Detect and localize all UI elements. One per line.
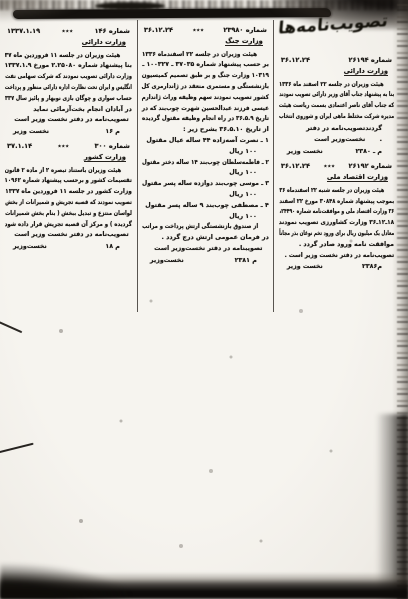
- signoff-row: م۲۳۸۶نخست وزیر: [279, 262, 394, 273]
- signoff-row: گردند .تصویب‌نامه در دفتر نخست‌وزیر است: [279, 124, 394, 146]
- text-line: وزارت دارائی تصویب نمودند که شرکت سهامی …: [32, 72, 132, 83]
- paragraph: هیئت وزیران در جلسه ۱۱ فروردین ماه ۳۷بنا…: [5, 51, 132, 116]
- pen-mark-upper: [0, 321, 22, 334]
- decree-header: شماره ۱۴۶٭٭٭۱۳۳۷.۱.۱۹: [7, 26, 130, 37]
- seal-number: م ـ ۲۳۸۰: [355, 147, 382, 158]
- note-line: تصویب‌نامه در دفتر نخست وزیر است .: [288, 251, 394, 262]
- decree-number: شماره ۲۶۱۹۴: [349, 55, 393, 66]
- amount-line: ۱۰۰ ریال: [142, 168, 269, 179]
- signoff-row: م ـ ۲۳۸۰نخست وزیر: [279, 147, 394, 158]
- stars-separator-icon: ٭٭٭: [58, 141, 69, 152]
- column-left: شماره ۱۴۶٭٭٭۱۳۳۷.۱.۱۹وزارت دارائیهیئت وز…: [5, 20, 132, 312]
- text-line: بازنشستگی و مستمری منعقد در ژاندارمری کل: [158, 82, 269, 93]
- ministry-label: وزارت جنگ: [225, 37, 263, 47]
- scan-noise-bottom-right: [376, 414, 408, 599]
- signoff-row: م ۱۸نخست‌وزیر: [5, 242, 132, 253]
- text-line: حساب سواری و چوگان بازی نوبهار و پائیز س…: [32, 94, 132, 105]
- seal-number: گردند .: [365, 124, 382, 146]
- column-middle: شماره ۲۳۹۸۰٭٭٭۳۶.۱۲.۲۴وزارت جنگهیئت وزیر…: [137, 20, 274, 312]
- column-right: شماره ۲۶۱۹۴۳۶.۱۲.۲۴وزارت دارائیهیئت وزیر…: [279, 20, 394, 312]
- text-line: ۱۰۳۱۹ وزارت جنگ و بر طبق تصمیم کمیسیون: [155, 71, 269, 82]
- text-line: از تاریخ ۳۶.۵.۱۰ بشرح زیر :: [142, 125, 269, 136]
- stars-separator-icon: ٭٭٭: [62, 26, 73, 37]
- scanned-gazette-page: تصویب‌نامه‌ها شماره ۲۶۱۹۴۳۶.۱۲.۲۴وزارت د…: [0, 0, 408, 599]
- scan-speckle-right-edge: [397, 0, 408, 599]
- text-line: موافقت نامه ورود صادر گردد .: [279, 240, 394, 251]
- pen-mark-lower: [0, 443, 34, 454]
- ministry-row: وزارت جنگ: [142, 36, 263, 48]
- signer-title: نخست‌وزیر: [150, 256, 184, 267]
- decree-header: شماره ۲۳۹۸۰٭٭٭۳۶.۱۲.۲۴: [144, 25, 267, 36]
- text-line: لواسان منتزع و تبدیل ببخش ( بنام بخش شمی…: [29, 209, 132, 220]
- scan-speckles: [0, 0, 2, 2]
- signer-title: نخست وزیر: [287, 147, 323, 158]
- signer-title: نخست وزیر: [13, 127, 49, 138]
- text-line: عیسی فرزند عبدالحسین شهرت چوب‌بند که در: [156, 104, 269, 115]
- scan-black-bar: [13, 8, 331, 19]
- paragraph: از صندوق بازنشستگی ارتش پرداخت و مراتبدر…: [142, 222, 269, 244]
- text-line: در آبادان انجام بخت‌آزمائی نماید: [5, 105, 132, 116]
- signer-title: نخست‌وزیر: [13, 242, 47, 253]
- decree-date: ۳۶.۱۲.۲۴: [281, 161, 310, 172]
- text-line: وزارت کشور در جلسه ۱۱ فروردین ماه ۱۳۳۷: [14, 187, 132, 198]
- seal-number: م ۲۳۸۱: [235, 256, 257, 267]
- text-line: انگلیس و ایران تحت نظارت اداره دارائی من…: [41, 83, 132, 94]
- note-line: تصویب‌نامه در دفتر نخست وزیر است: [5, 230, 132, 241]
- text-line: کشور تصویب نمودند سهم وظیفه وراث ژاندارم: [158, 93, 268, 104]
- signoff-row: م ۱۶نخست وزیر: [5, 127, 132, 138]
- note-line: تصویب‌نامه در دفتر نخست وزیر است: [5, 115, 132, 126]
- ministry-row: وزارت اقتصاد ملی: [279, 172, 388, 184]
- paragraph: هیئت وزیران در جلسه ۲۲ اسفندماه ۱۳۳۶بر ح…: [142, 50, 269, 136]
- text-line: تصویب نمودند که قصبه تجریش و شمیرانات از…: [32, 198, 132, 209]
- paragraph: هیئت وزیران باستناد تبصره ۲ از ماده ۲ قا…: [5, 166, 132, 231]
- decree-header: شماره ۳۰۰٭٭٭۳۷.۱.۱۴: [7, 141, 130, 152]
- decree-number: شماره ۳۰۰: [94, 141, 129, 152]
- list-line: ۲ ـ فاطمه‌سلطان چوب‌بند ۱۴ ساله دختر مقت…: [158, 158, 269, 169]
- text-line: هیئت وزیران در جلسه ۱۱ فروردین ماه ۳۷: [18, 51, 132, 62]
- note-line: تصویبنامه در دفتر نخست‌وزیر است: [142, 244, 269, 255]
- text-line: معادل یک میلیون ریال برای ورود تخم نوغان…: [314, 229, 394, 240]
- text-line: تقسیمات کشور و برحسب پیشنهاد شماره ۱۰۹۶۲: [24, 176, 131, 187]
- ministry-row: وزارت دارائی: [5, 37, 126, 49]
- decree-number: شماره ۲۶۱۹۲: [349, 161, 393, 172]
- text-line: بر حسب پیشنهاد شماره ۳۷۰۳۵ ـ ۱۰۰۳۲۷ ـ: [145, 60, 269, 71]
- text-line: بنا به پیشنهاد جناب آقای وزیر دارائی تصو…: [311, 90, 394, 101]
- text-line: در فرمان عمومی ارتش درج گردد .: [142, 233, 269, 244]
- decree-number: شماره ۲۳۹۸۰: [223, 25, 267, 36]
- ministry-row: وزارت دارائی: [279, 66, 388, 78]
- scan-noise-bottom-left: [0, 563, 130, 599]
- ministry-label: وزارت کشور: [84, 153, 126, 163]
- text-line: گردیده ) و مرکز آن قصبه تجریش قرار داده …: [23, 220, 132, 231]
- signer-title: تصویب‌نامه در دفتر نخست‌وزیر است: [287, 124, 365, 146]
- decree-date: ۳۶.۱۲.۲۴: [281, 55, 310, 66]
- signer-title: نخست وزیر: [287, 262, 323, 273]
- amount-line: ۱۰۰ ریال: [142, 190, 269, 201]
- decree-date: ۱۳۳۷.۱.۱۹: [7, 26, 40, 37]
- text-line: بنا پیشنهاد شماره ۲.۲۵۰۸۰ مورخ ۱۳۳۷.۱.۹: [9, 61, 132, 72]
- stars-separator-icon: ٭٭٭: [192, 25, 203, 36]
- amount-line: ۱۰۰ ریال: [142, 147, 269, 158]
- decree-header: شماره ۲۶۱۹۴۳۶.۱۲.۲۴: [281, 55, 392, 66]
- scan-ink-blob: [95, 2, 165, 10]
- seal-number: م ۱۶: [105, 127, 120, 138]
- text-line: هیئت وزیران در جلسه ۲۲ اسفند ماه ۱۳۳۶: [301, 80, 394, 91]
- text-line: ۳۶ وزارت اقتصاد ملی و موافقت‌نامه شماره …: [311, 207, 394, 218]
- seal-number: م۲۳۸۶: [362, 262, 382, 273]
- text-line: تاریخ ۳۶.۵.۹ در راه انجام وظیفه مقتول گر…: [158, 114, 269, 125]
- text-line: که جناب آقای ناصر اعتمادی بسمت ریاست هیئ…: [305, 101, 394, 112]
- list-line: ۴ ـ مصطفی چوب‌بند ۹ ساله پسر مقتول: [142, 201, 269, 212]
- ministry-label: وزارت دارائی: [344, 67, 388, 77]
- scan-noise-right-edge: [392, 0, 408, 599]
- decree-date: ۳۷.۱.۱۴: [7, 141, 32, 152]
- text-line: ۱۸ـ۱۲ـ۳۶ وزارت کشاورزی تصویب نمودند: [289, 218, 394, 229]
- amount-line: ۱۰۰ ریال: [142, 212, 269, 223]
- text-line: هیئت وزیران در جلسه شنبه ۲۲ اسفندماه ۳۶: [306, 186, 394, 197]
- text-line: هیئت وزیران در جلسه ۲۲ اسفندماه ۱۳۳۶: [154, 50, 269, 61]
- text-line: مدیره شرکت مختلط ماهی ایران و شوروی انتخ…: [308, 112, 394, 123]
- ministry-label: وزارت اقتصاد ملی: [327, 173, 388, 183]
- signoff-row: م ۲۳۸۱نخست‌وزیر: [142, 256, 269, 267]
- text-line: هیئت وزیران باستناد تبصره ۲ از ماده ۲ قا…: [27, 166, 132, 177]
- paragraph: هیئت وزیران در جلسه شنبه ۲۲ اسفندماه ۳۶ب…: [279, 186, 394, 251]
- scan-noise-bottom-edge: [0, 572, 408, 599]
- ministry-label: وزارت دارائی: [82, 38, 126, 48]
- paragraph: هیئت وزیران در جلسه ۲۲ اسفند ماه ۱۳۳۶بنا…: [279, 80, 394, 123]
- ministry-row: وزارت کشور: [5, 152, 126, 164]
- text-line: از صندوق بازنشستگی ارتش پرداخت و مراتب: [163, 222, 268, 233]
- list-line: ۱ ـ نصرت آصه‌زاده ۴۴ ساله عیال مقتول: [142, 136, 269, 147]
- decree-number: شماره ۱۴۶: [94, 26, 129, 37]
- stars-separator-icon: ٭٭٭: [324, 161, 335, 172]
- seal-number: م ۱۸: [105, 242, 120, 253]
- decree-date: ۳۶.۱۲.۲۴: [144, 25, 173, 36]
- columns-container: شماره ۲۶۱۹۴۳۶.۱۲.۲۴وزارت دارائیهیئت وزیر…: [5, 20, 394, 312]
- text-line: بموجب پیشنهاد شماره ۳۰۸۴۸ مورخ ۲۲ اسفند: [300, 197, 394, 208]
- decree-header: شماره ۲۶۱۹۲٭٭٭۳۶.۱۲.۲۴: [281, 161, 392, 172]
- list-line: ۳ ـ موسی چوب‌بند دوازده ساله پسر مقتول: [148, 179, 269, 190]
- scan-noise-top: [0, 0, 408, 10]
